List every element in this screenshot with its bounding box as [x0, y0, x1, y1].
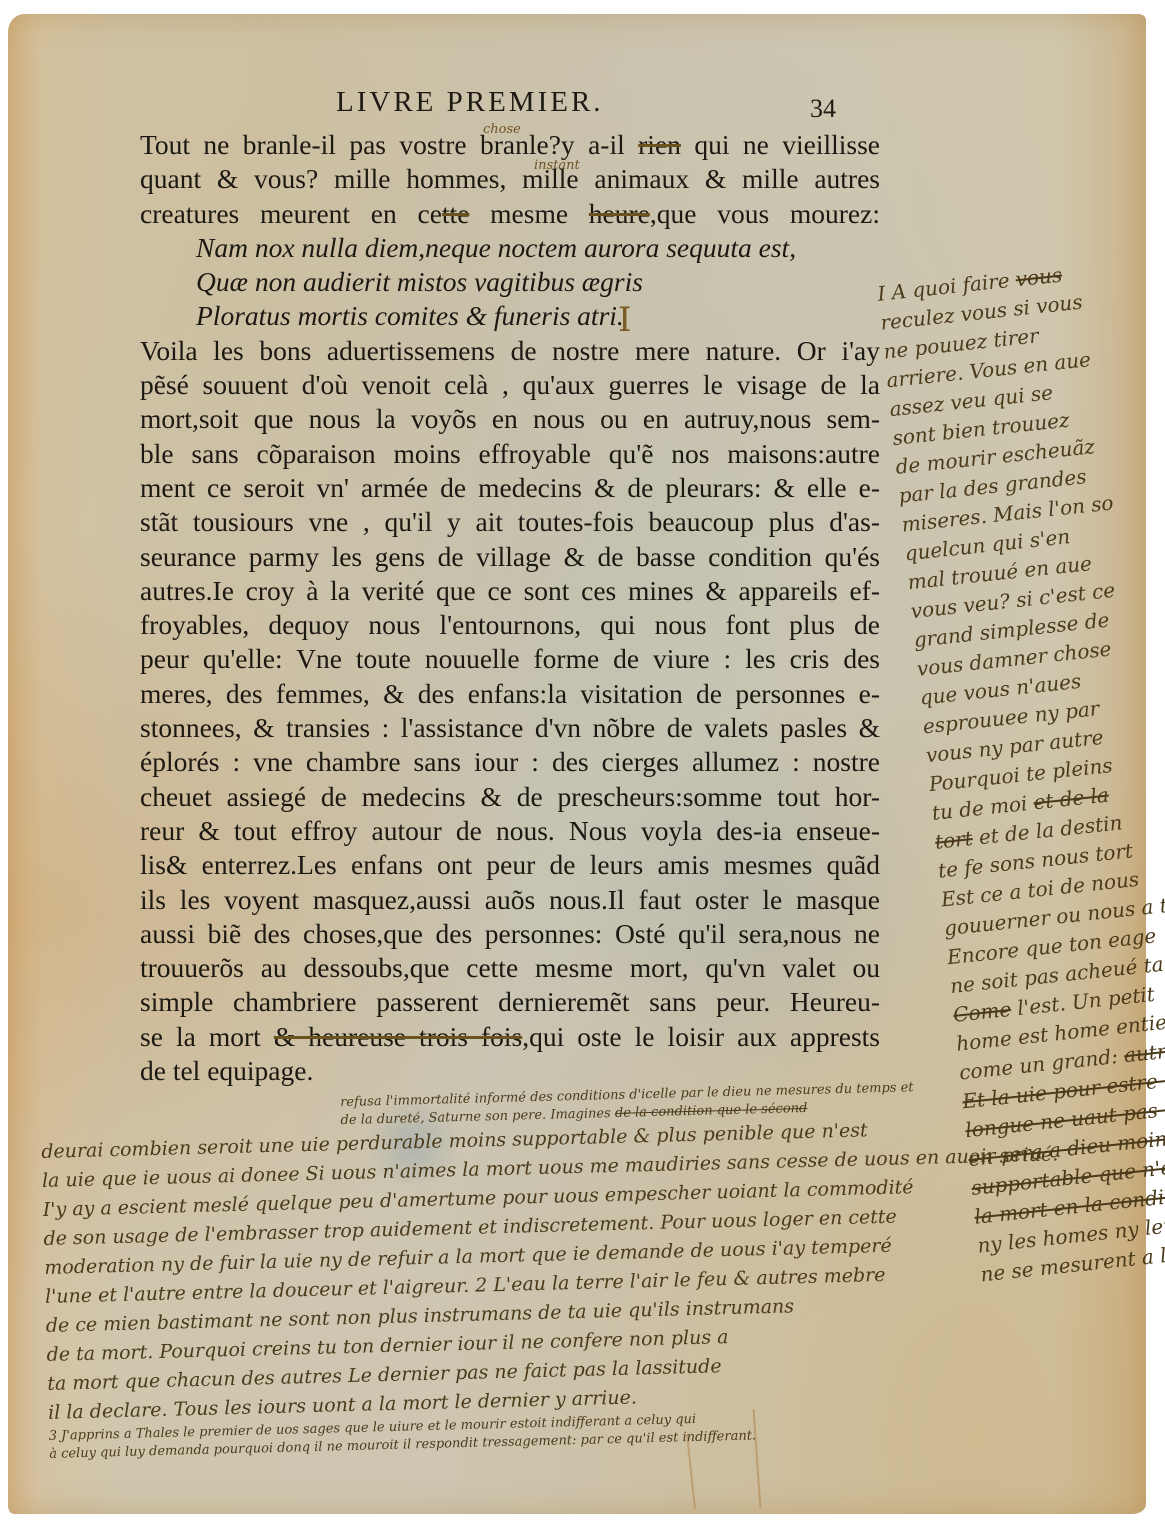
text-line: seurance parmy les gens de village & de … — [140, 540, 880, 574]
bottom-annotations: refusa l'immortalité informé des conditi… — [40, 1073, 1149, 1464]
running-head: LIVRE PREMIER. — [336, 86, 604, 119]
text-line: cheuet assiegé de medecins & de prescheu… — [140, 780, 880, 814]
text-line: ils les voyent masquez,aussi auõs nous.I… — [140, 883, 880, 917]
text-line: stãt tousiours vne , qu'il y ait toutes-… — [140, 505, 880, 539]
text-line: reur & tout effroy autour de nous. Nous … — [140, 814, 880, 848]
text-line: Tout ne branle-il pas vostre branle?y a-… — [140, 128, 880, 162]
text-line: aussi biẽ des choses,que des personnes: … — [140, 917, 880, 951]
verse-insertion-mark: I — [618, 300, 631, 340]
printed-text-block: Tout ne branle-il pas vostre branle?y a-… — [140, 128, 880, 1088]
verse-line: Quæ non audierit mistos vagitibus ægris — [140, 265, 880, 299]
text-line: se la mort & heureuse trois fois,qui ost… — [140, 1020, 880, 1054]
text-line: autres.Ie croy à la verité que ce sont c… — [140, 574, 880, 608]
text-line: ble sans cõparaison moins effroyable qu'… — [140, 437, 880, 471]
text-line: creatures meurent en cette mesme heure,q… — [140, 197, 880, 231]
struck-word: heure — [589, 198, 650, 229]
text-line: éplorés : vne chambre sans iour : des ci… — [140, 745, 880, 779]
verse-line: Ploratus mortis comites & funeris atri. — [140, 299, 880, 333]
page-number: 34 — [810, 94, 836, 124]
text-line: quant & vous? mille hommes, mille animau… — [140, 162, 880, 196]
text-line: pẽsé souuent d'où venoit celà , qu'aux g… — [140, 368, 880, 402]
verse-line: Nam nox nulla diem,neque noctem aurora s… — [140, 231, 880, 265]
text-line: stonnees, & transies : l'assistance d'vn… — [140, 711, 880, 745]
struck-word: tte — [442, 198, 470, 229]
text-line: Voila les bons aduertissemens de nostre … — [140, 334, 880, 368]
text-line: peur qu'elle: Vne toute nouuelle forme d… — [140, 642, 880, 676]
text-line: ment ce seroit vn' armée de medecins & d… — [140, 471, 880, 505]
text-line: meres, des femmes, & des enfans:la visit… — [140, 677, 880, 711]
text-line: simple chambriere passerent dernieremẽt … — [140, 985, 880, 1019]
struck-phrase: & heureuse trois fois — [274, 1021, 522, 1052]
struck-word: rien — [638, 129, 681, 160]
text-line: lis& enterrez.Les enfans ont peur de leu… — [140, 848, 880, 882]
text-line: trouuerõs au dessoubs,que cette mesme mo… — [140, 951, 880, 985]
text-line: froyables, dequoy nous l'entournons, qui… — [140, 608, 880, 642]
text-line: mort,soit que nous la voyõs en nous ou e… — [140, 402, 880, 436]
